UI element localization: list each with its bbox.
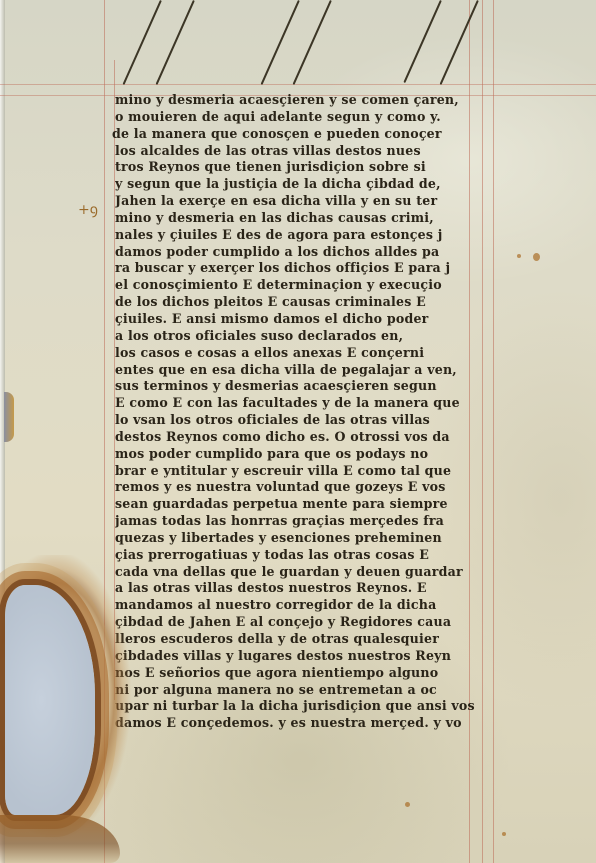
pen-stroke xyxy=(403,0,441,83)
text-line: remos y es nuestra voluntad que gozeys E… xyxy=(115,479,490,496)
text-line: quezas y libertades y esenciones prehemi… xyxy=(115,530,490,547)
text-line: E como E con las facultades y de la mane… xyxy=(115,395,490,412)
text-line: mos poder cumplido para que os podays no xyxy=(115,446,490,463)
pen-stroke xyxy=(293,0,332,85)
pen-stroke xyxy=(261,0,300,85)
edge-stain xyxy=(4,392,14,442)
text-line: lo vsan los otros oficiales de las otras… xyxy=(115,412,490,429)
text-line: damos E conçedemos. y es nuestra merçed.… xyxy=(115,715,490,732)
pen-stroke xyxy=(440,0,479,85)
text-line: y segun que la justiçia de la dicha çibd… xyxy=(115,176,490,193)
ink-spot xyxy=(517,254,521,258)
text-line: de los dichos pleitos E causas criminale… xyxy=(115,294,490,311)
text-line: cada vna dellas que le guardan y deuen g… xyxy=(115,564,490,581)
burn-hole-damage xyxy=(0,555,150,863)
text-line: mino y desmeria en las dichas causas cri… xyxy=(115,210,490,227)
manuscript-page: +ꝯ mino y desmeria acaesçieren y se come… xyxy=(0,0,596,863)
text-line: a los otros oficiales suso declarados en… xyxy=(115,328,490,345)
text-line: çibdades villas y lugares destos nuestro… xyxy=(115,648,490,665)
text-line: los casos e cosas a ellos anexas E conçe… xyxy=(115,345,490,362)
manuscript-text: mino y desmeria acaesçieren y se comen ç… xyxy=(115,92,490,732)
text-line: damos poder cumplido a los dichos alldes… xyxy=(115,244,490,261)
text-line: el conosçimiento E determinaçion y execu… xyxy=(115,277,490,294)
text-line: entes que en esa dicha villa de pegalaja… xyxy=(115,362,490,379)
text-line: çias prerrogatiuas y todas las otras cos… xyxy=(115,547,490,564)
text-line: destos Reynos como dicho es. O otrossi v… xyxy=(115,429,490,446)
text-line: çibdad de Jahen E al conçejo y Regidores… xyxy=(115,614,490,631)
text-line: mino y desmeria acaesçieren y se comen ç… xyxy=(115,92,490,109)
text-line: lleros escuderos della y de otras quales… xyxy=(115,631,490,648)
text-line: ni por alguna manera no se entremetan a … xyxy=(115,682,490,699)
text-line: Jahen la exerçe en esa dicha villa y en … xyxy=(115,193,490,210)
text-line: sus terminos y desmerias acaesçieren seg… xyxy=(115,378,490,395)
ruling-top-1 xyxy=(0,84,596,85)
text-line: mandamos al nuestro corregidor de la dic… xyxy=(115,597,490,614)
text-line: a las otras villas destos nuestros Reyno… xyxy=(115,580,490,597)
text-line: de la manera que conosçen e pueden conoç… xyxy=(112,126,490,143)
text-line: los alcaldes de las otras villas destos … xyxy=(115,143,490,160)
text-line: nos E señorios que agora nientiempo algu… xyxy=(115,665,490,682)
pen-stroke xyxy=(123,0,162,85)
ink-spot xyxy=(502,832,506,836)
pen-stroke xyxy=(156,0,195,85)
text-line: sean guardadas perpetua mente para siemp… xyxy=(115,496,490,513)
text-line: o mouieren de aqui adelante segun y como… xyxy=(115,109,490,126)
text-line: çiuiles. E ansi mismo damos el dicho pod… xyxy=(115,311,490,328)
text-line: upar ni turbar la la dicha jurisdiçion q… xyxy=(115,698,490,715)
ruling-right-3 xyxy=(493,0,494,863)
ink-spot xyxy=(405,802,410,807)
text-line: nales y çiuiles E des de agora para esto… xyxy=(115,227,490,244)
text-line: brar e yntitular y escreuir villa E como… xyxy=(115,463,490,480)
text-line: ra buscar y exerçer los dichos offiçios … xyxy=(115,260,490,277)
marginal-note: +ꝯ xyxy=(78,200,98,219)
text-line: tros Reynos que tienen jurisdiçion sobre… xyxy=(115,159,490,176)
text-line: jamas todas las honrras graçias merçedes… xyxy=(115,513,490,530)
ink-spot xyxy=(533,253,540,261)
